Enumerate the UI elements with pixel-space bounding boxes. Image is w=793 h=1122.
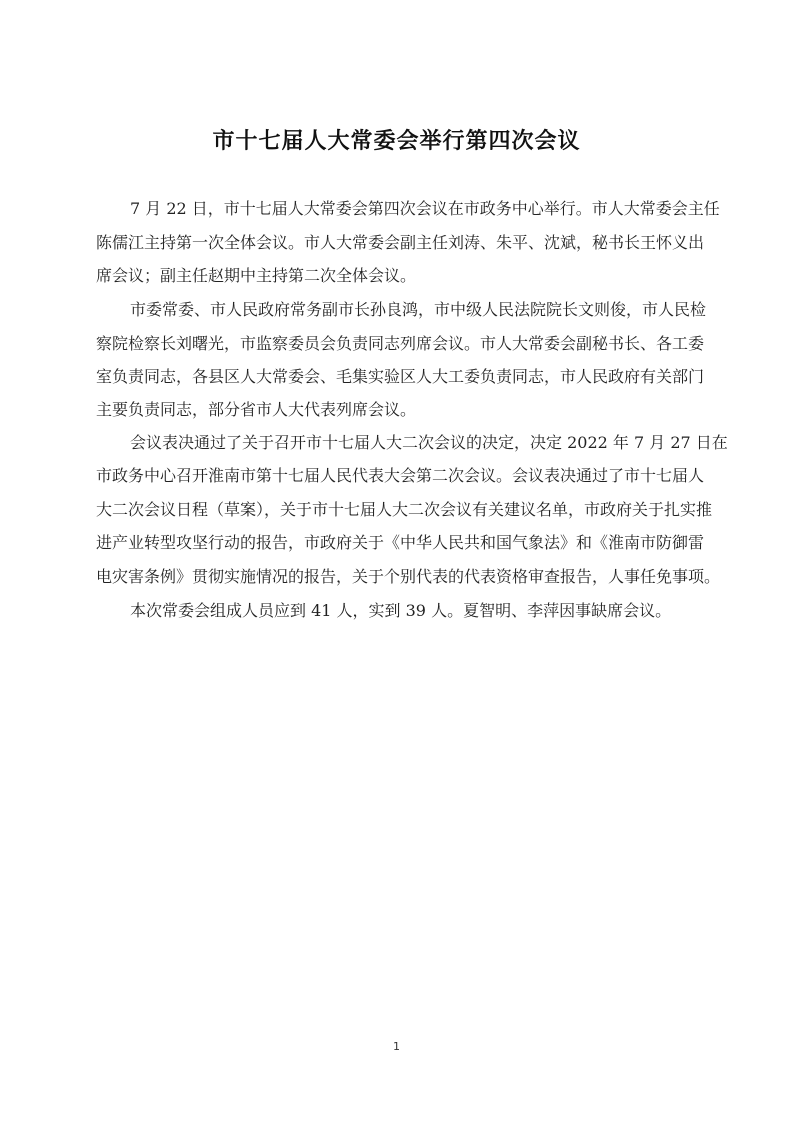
text-line: 市政务中心召开淮南市第十七届人民代表大会第二次会议。会议表决通过了市十七届人 [96,465,697,487]
text-line: 会议表决通过了关于召开市十七届人大二次会议的决定，决定 2022 年 7 月 2… [130,432,697,454]
text-line: 市委常委、市人民政府常务副市长孙良鸿，市中级人民法院院长文则俊，市人民检 [130,299,697,321]
text-line: 大二次会议日程（草案），关于市十七届人大二次会议有关建议名单，市政府关于扎实推 [96,499,697,521]
text-line: 主要负责同志，部分省市人大代表列席会议。 [96,399,697,421]
text-line: 电灾害条例》贯彻实施情况的报告，关于个别代表的代表资格审查报告，人事任免事项。 [96,566,697,588]
text-line: 席会议；副主任赵期中主持第二次全体会议。 [96,265,697,287]
text-line: 7 月 22 日，市十七届人大常委会第四次会议在市政务中心举行。市人大常委会主任 [130,198,697,220]
document-title: 市十七届人大常委会举行第四次会议 [0,124,793,155]
text-line: 察院检察长刘曙光，市监察委员会负责同志列席会议。市人大常委会副秘书长、各工委 [96,333,697,355]
text-line: 陈儒江主持第一次全体会议。市人大常委会副主任刘涛、朱平、沈斌，秘书长王怀义出 [96,232,697,254]
page-number: 1 [0,1040,793,1053]
text-line: 室负责同志，各县区人大常委会、毛集实验区人大工委负责同志，市人民政府有关部门 [96,366,697,388]
text-line: 进产业转型攻坚行动的报告，市政府关于《中华人民共和国气象法》和《淮南市防御雷 [96,532,697,554]
text-line: 本次常委会组成人员应到 41 人，实到 39 人。夏智明、李萍因事缺席会议。 [130,600,697,622]
